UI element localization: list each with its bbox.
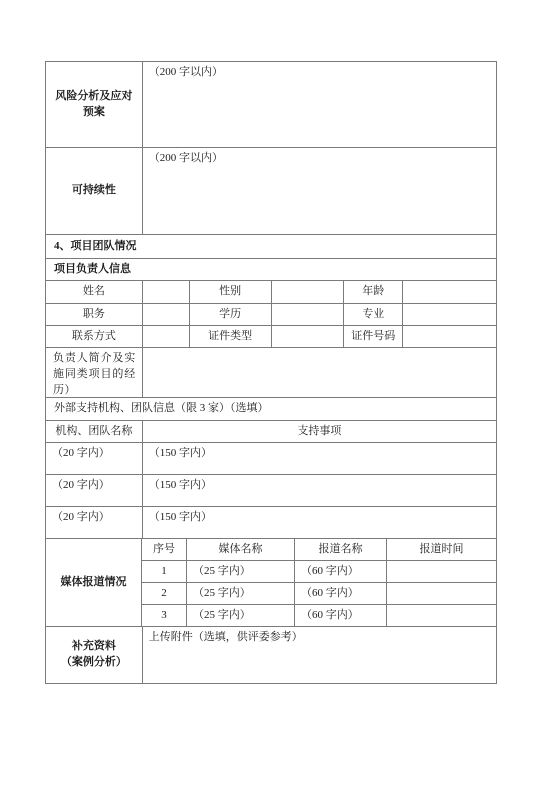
media-data-row-2: 2 （25 字内） （60 字内）	[142, 583, 497, 605]
position-value-cell	[143, 304, 190, 326]
external-support-header-row: 机构、团队名称 支持事项	[46, 421, 497, 443]
leader-row-3: 联系方式 证件类型 证件号码	[46, 326, 497, 348]
leader-bio-label: 负责人简介及实施同类项目的经历）	[46, 348, 143, 398]
media-no: 1	[142, 561, 187, 583]
media-report-placeholder: （60 字内）	[295, 605, 387, 627]
support-item-placeholder: （150 字内）	[143, 507, 497, 539]
media-header-row: 序号 媒体名称 报道名称 报道时间	[142, 539, 497, 561]
name-label: 姓名	[46, 281, 143, 304]
media-report-placeholder: （60 字内）	[295, 561, 387, 583]
support-name-placeholder: （20 字内）	[46, 475, 143, 507]
media-subtable: 序号 媒体名称 报道名称 报道时间 1 （25 字内） （60 字内） 2 （2…	[142, 539, 497, 627]
media-data-row-1: 1 （25 字内） （60 字内）	[142, 561, 497, 583]
age-label: 年龄	[344, 281, 403, 304]
supplement-label-line2: （案例分析）	[61, 655, 127, 671]
position-label: 职务	[46, 304, 143, 326]
media-time-cell	[387, 583, 497, 605]
media-label-cell: 媒体报道情况	[46, 539, 142, 627]
external-support-row-1: （20 字内） （150 字内）	[46, 443, 497, 475]
media-time-cell	[387, 605, 497, 627]
media-name-placeholder: （25 字内）	[187, 605, 295, 627]
external-support-title: 外部支持机构、团队信息（限 3 家）（选填）	[46, 398, 497, 421]
education-value-cell	[272, 304, 345, 326]
sustainability-placeholder: （200 字以内）	[149, 152, 223, 164]
sustainability-label-cell: 可持续性	[46, 148, 143, 235]
support-item-header: 支持事项	[143, 421, 497, 443]
media-name-placeholder: （25 字内）	[187, 583, 295, 605]
education-label: 学历	[190, 304, 272, 326]
leader-bio-content-cell	[143, 348, 497, 398]
leader-bio-row: 负责人简介及实施同类项目的经历）	[46, 348, 497, 398]
supplement-content: 上传附件（选填，供评委参考）	[149, 631, 303, 643]
media-row: 媒体报道情况 序号 媒体名称 报道名称 报道时间 1 （25 字内） （60 字…	[46, 539, 497, 627]
media-time-cell	[387, 561, 497, 583]
sustainability-content-cell: （200 字以内）	[143, 148, 497, 235]
media-no: 3	[142, 605, 187, 627]
id-type-label: 证件类型	[190, 326, 272, 348]
leader-header: 项目负责人信息	[46, 259, 497, 281]
form-table: 风险分析及应对预案 （200 字以内） 可持续性 （200 字以内） 4、项目团…	[45, 61, 497, 684]
id-type-value-cell	[272, 326, 345, 348]
major-label: 专业	[344, 304, 403, 326]
document-page: 风险分析及应对预案 （200 字以内） 可持续性 （200 字以内） 4、项目团…	[0, 0, 552, 786]
risk-label-cell: 风险分析及应对预案	[46, 62, 143, 148]
risk-content-cell: （200 字以内）	[143, 62, 497, 148]
risk-placeholder: （200 字以内）	[149, 66, 223, 78]
age-value-cell	[403, 281, 497, 304]
leader-header-row: 项目负责人信息	[46, 259, 497, 281]
contact-value-cell	[143, 326, 190, 348]
media-name-header: 媒体名称	[187, 539, 295, 561]
support-name-header: 机构、团队名称	[46, 421, 143, 443]
media-no-header: 序号	[142, 539, 187, 561]
team-section-title: 4、项目团队情况	[46, 235, 497, 259]
media-report-placeholder: （60 字内）	[295, 583, 387, 605]
gender-label: 性别	[190, 281, 272, 304]
gender-value-cell	[272, 281, 345, 304]
name-value-cell	[143, 281, 190, 304]
supplement-content-cell: 上传附件（选填，供评委参考）	[143, 627, 497, 684]
leader-row-1: 姓名 性别 年龄	[46, 281, 497, 304]
support-item-placeholder: （150 字内）	[143, 475, 497, 507]
leader-row-2: 职务 学历 专业	[46, 304, 497, 326]
external-support-row-3: （20 字内） （150 字内）	[46, 507, 497, 539]
supplement-label-cell: 补充资料 （案例分析）	[46, 627, 143, 684]
media-name-placeholder: （25 字内）	[187, 561, 295, 583]
support-name-placeholder: （20 字内）	[46, 443, 143, 475]
support-item-placeholder: （150 字内）	[143, 443, 497, 475]
media-time-header: 报道时间	[387, 539, 497, 561]
media-report-header: 报道名称	[295, 539, 387, 561]
team-section-row: 4、项目团队情况	[46, 235, 497, 259]
sustainability-row: 可持续性 （200 字以内）	[46, 148, 497, 235]
supplement-label-line1: 补充资料	[61, 639, 127, 655]
supplement-row: 补充资料 （案例分析） 上传附件（选填，供评委参考）	[46, 627, 497, 684]
risk-row: 风险分析及应对预案 （200 字以内）	[46, 62, 497, 148]
id-number-value-cell	[403, 326, 497, 348]
external-support-title-row: 外部支持机构、团队信息（限 3 家）（选填）	[46, 398, 497, 421]
major-value-cell	[403, 304, 497, 326]
external-support-row-2: （20 字内） （150 字内）	[46, 475, 497, 507]
contact-label: 联系方式	[46, 326, 143, 348]
media-data-row-3: 3 （25 字内） （60 字内）	[142, 605, 497, 627]
id-number-label: 证件号码	[344, 326, 403, 348]
supplement-label: 补充资料 （案例分析）	[61, 639, 127, 671]
media-no: 2	[142, 583, 187, 605]
support-name-placeholder: （20 字内）	[46, 507, 143, 539]
